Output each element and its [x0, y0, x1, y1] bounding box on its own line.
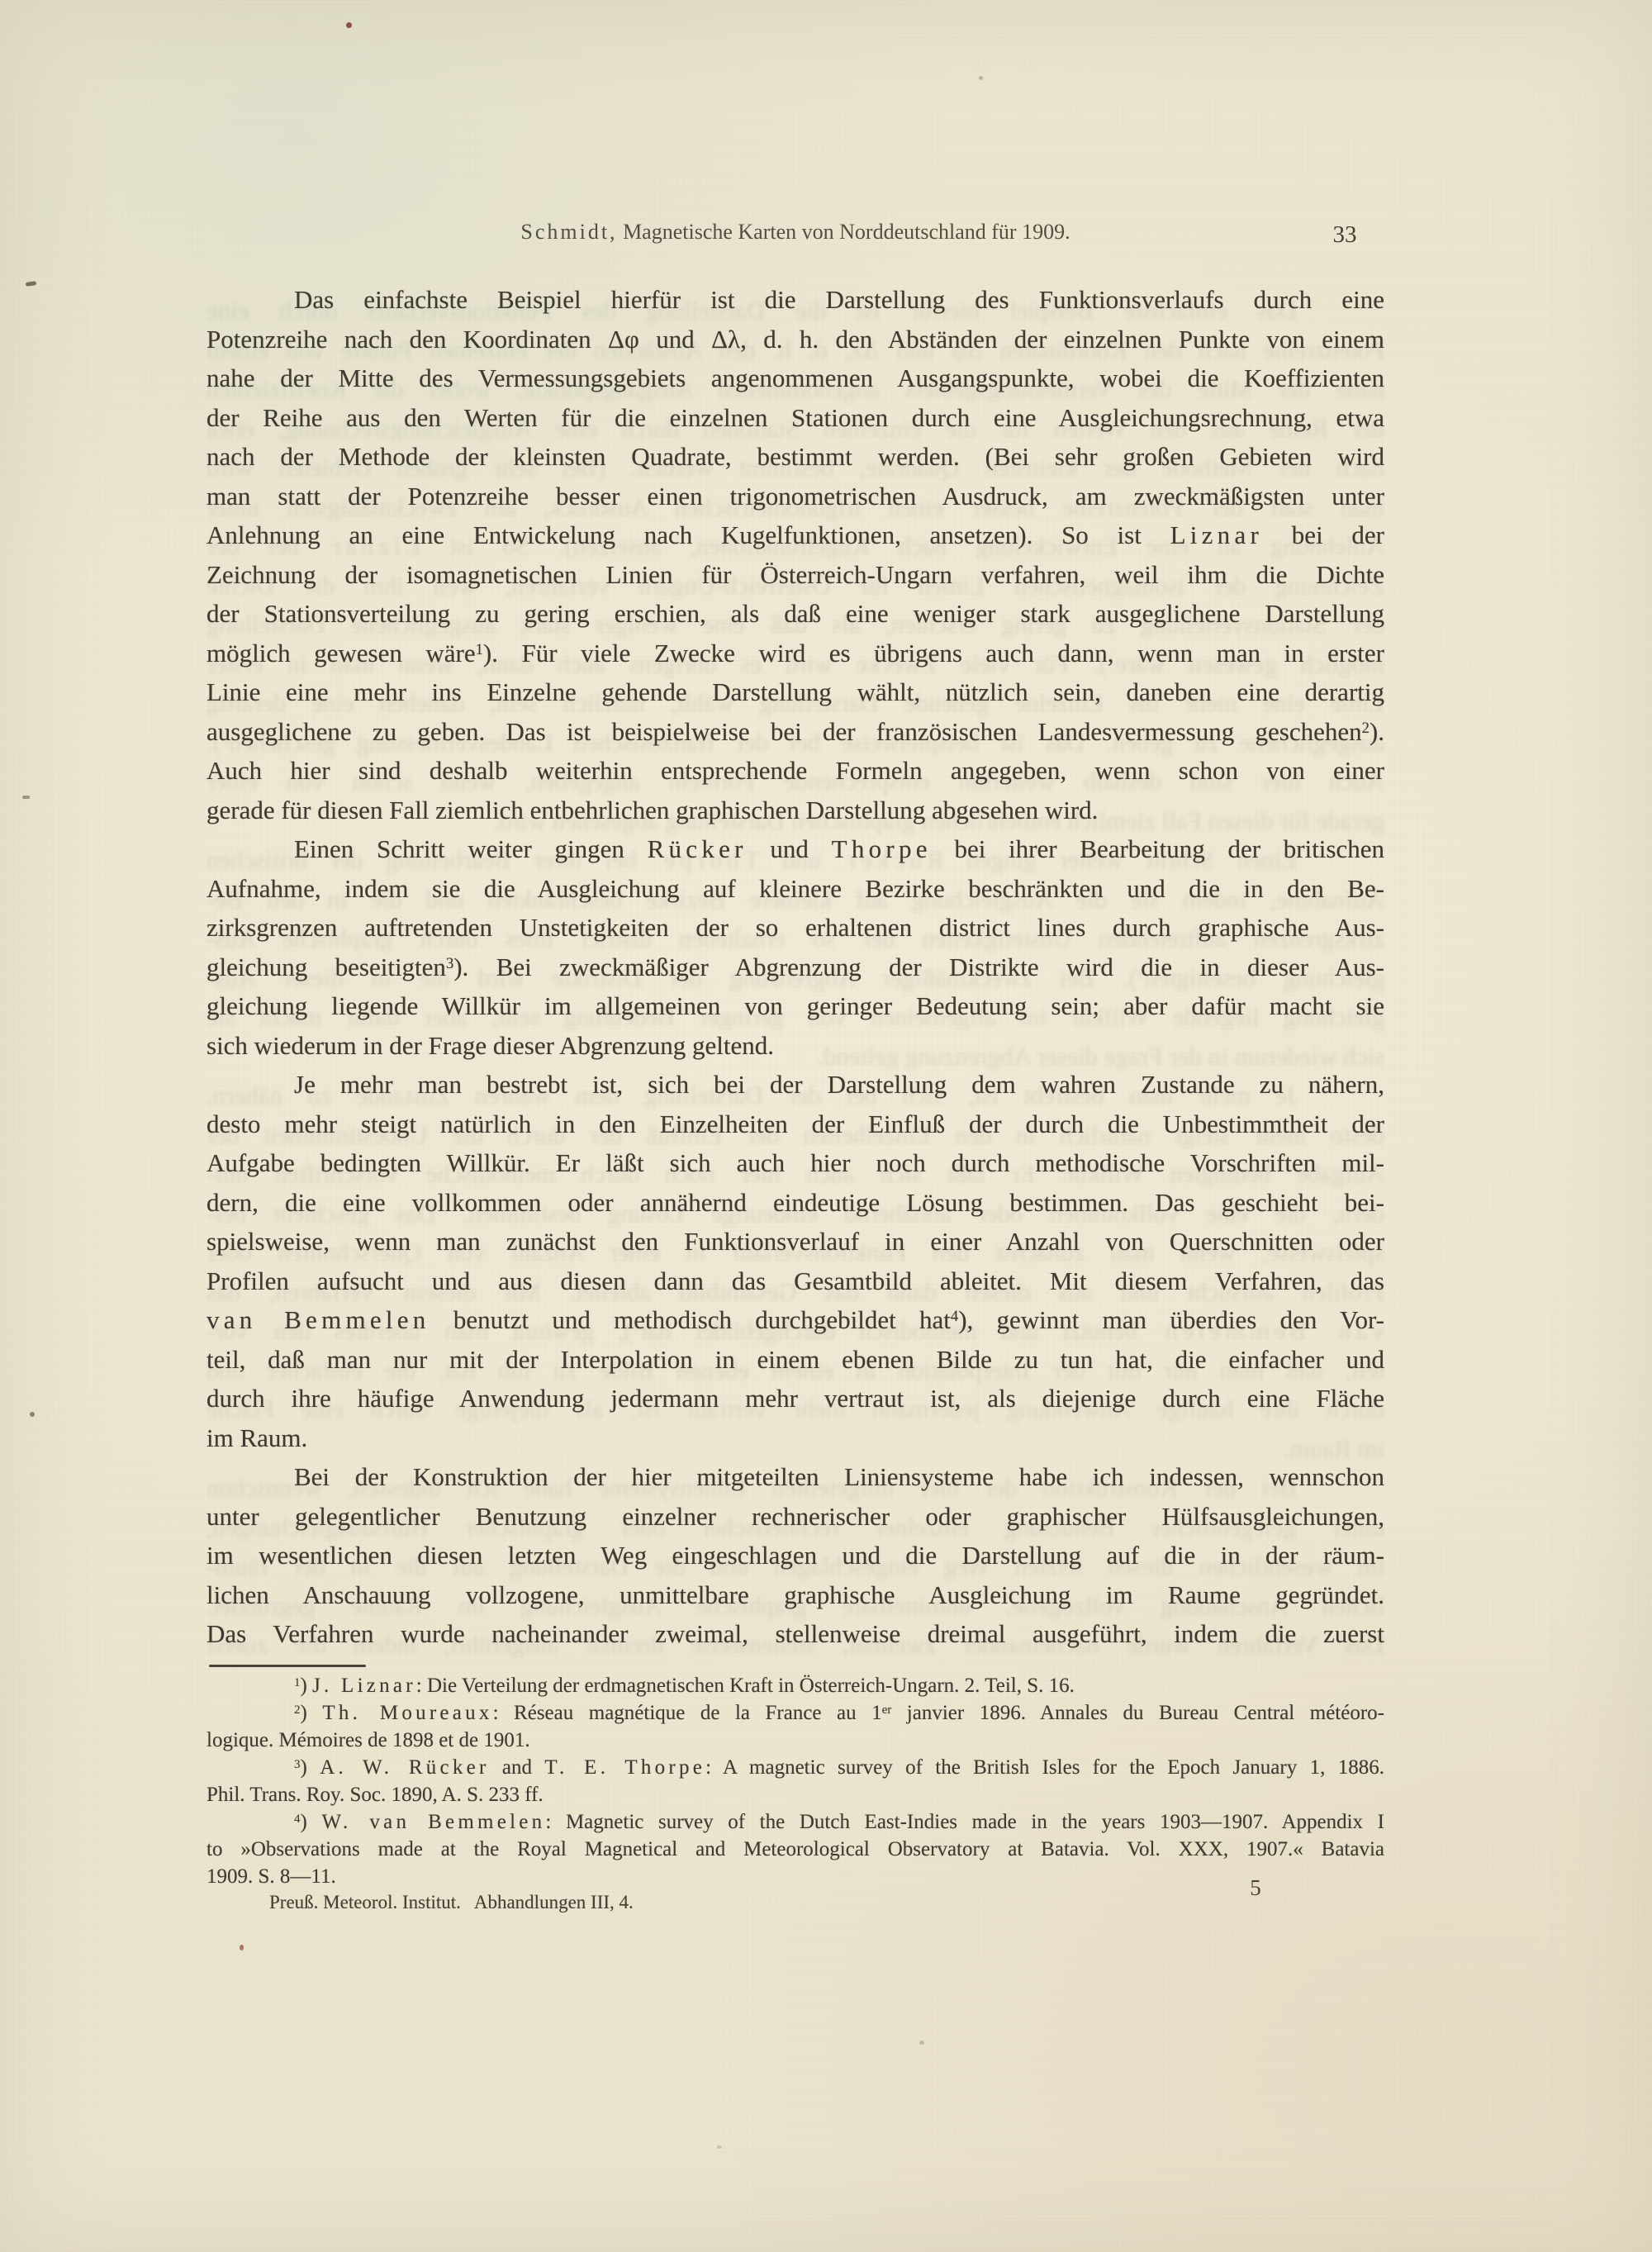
text-line: van Bemmelen benutzt und methodisch durc…	[206, 1300, 1384, 1340]
text-segment: Je mehr man bestrebt ist, sich bei der D…	[294, 1070, 1384, 1099]
footnotes: 1) J. Liznar: Die Verteilung der erdmagn…	[206, 1672, 1384, 1890]
text-segment: benutzt und methodisch durchgebildet hat	[430, 1305, 951, 1334]
text-line: Potenzreihe nach den Koordinaten Δφ und …	[206, 320, 1384, 359]
text-line: Bei der Konstruktion der hier mitgeteilt…	[206, 1457, 1384, 1497]
text-segment: : Magnetic survey of the Dutch East-Indi…	[545, 1811, 1384, 1833]
text-segment: and	[490, 1756, 545, 1779]
text-segment: 1909. S. 8—11.	[206, 1865, 336, 1888]
text-segment: bei der	[1263, 520, 1384, 549]
text-line: möglich gewesen wäre1). Für viele Zwecke…	[206, 634, 1384, 673]
text-segment: to »Observations made at the Royal Magne…	[206, 1838, 1384, 1860]
text-line: teil, daß man nur mit der Interpolation …	[206, 1340, 1384, 1380]
text-line: 1) J. Liznar: Die Verteilung der erdmagn…	[206, 1672, 1384, 1699]
text-segment: Potenzreihe nach den Koordinaten Δφ und …	[206, 325, 1384, 354]
text-segment: teil, daß man nur mit der Interpolation …	[206, 1345, 1384, 1374]
text-line: Zeichnung der isomagnetischen Linien für…	[206, 555, 1384, 595]
text-line: im Raum.	[206, 1418, 1384, 1458]
text-line: gleichung liegende Willkür im allgemeine…	[206, 986, 1384, 1026]
body-text: Das einfachste Beispiel hierfür ist die …	[206, 280, 1384, 1654]
footnote-marker: 2	[294, 1703, 301, 1717]
text-line: Aufgabe bedingten Willkür. Er läßt sich …	[206, 1143, 1384, 1183]
text-segment: nahe der Mitte des Vermessungsgebiets an…	[206, 363, 1384, 392]
footnote-marker: 4	[294, 1813, 301, 1826]
text-segment: desto mehr steigt natürlich in den Einze…	[206, 1109, 1384, 1138]
text-line: Das Verfahren wurde nacheinander zweimal…	[206, 1614, 1384, 1654]
footnote-separator	[209, 1665, 366, 1667]
text-segment: Profilen aufsucht und aus diesen dann da…	[206, 1266, 1384, 1295]
text-line: Linie eine mehr ins Einzelne gehende Dar…	[206, 672, 1384, 712]
footnote-marker: 2	[1362, 720, 1370, 737]
text-segment: logique. Mémoires de 1898 et de 1901.	[206, 1729, 530, 1751]
page-number: 33	[1318, 221, 1371, 249]
text-segment: )	[301, 1675, 313, 1697]
text-segment: Th. Moureaux	[322, 1702, 492, 1724]
text-segment: im wesentlichen diesen letzten Weg einge…	[206, 1541, 1384, 1570]
text-line: lichen Anschauung vollzogene, unmittelba…	[206, 1575, 1384, 1615]
text-line: dern, die eine vollkommen oder annähernd…	[206, 1183, 1384, 1223]
text-segment: spielsweise, wenn man zunächst den Funkt…	[206, 1227, 1384, 1256]
text-line: man statt der Potenzreihe besser einen t…	[206, 477, 1384, 516]
text-segment: : A magnetic survey of the British Isles…	[705, 1756, 1384, 1779]
text-line: 2) Th. Moureaux: Réseau magnétique de la…	[206, 1699, 1384, 1727]
text-line: desto mehr steigt natürlich in den Einze…	[206, 1105, 1384, 1144]
text-line: gleichung beseitigten3). Bei zweckmäßige…	[206, 948, 1384, 987]
text-segment: Das Verfahren wurde nacheinander zweimal…	[206, 1619, 1384, 1648]
text-line: to »Observations made at the Royal Magne…	[206, 1836, 1384, 1863]
paper-speck	[717, 2145, 722, 2149]
text-line: nahe der Mitte des Vermessungsgebiets an…	[206, 359, 1384, 398]
text-line: der Reihe aus den Werten für die einzeln…	[206, 398, 1384, 438]
text-line: gerade für diesen Fall ziemlich entbehrl…	[206, 791, 1384, 830]
text-line: durch ihre häufige Anwendung jedermann m…	[206, 1379, 1384, 1418]
text-line: Das einfachste Beispiel hierfür ist die …	[206, 280, 1384, 320]
text-segment: ), gewinnt man überdies den Vor-	[958, 1305, 1384, 1334]
paper-speck	[919, 2041, 924, 2045]
text-line: Phil. Trans. Roy. Soc. 1890, A. S. 233 f…	[206, 1781, 1384, 1808]
paper-speck	[240, 1945, 244, 1950]
paper-speck	[979, 76, 983, 80]
text-segment: Anlehnung an eine Entwickelung nach Kuge…	[206, 520, 1170, 549]
text-segment: A. W. Rücker	[320, 1756, 489, 1779]
text-segment: )	[301, 1756, 320, 1779]
text-segment: Bei der Konstruktion der hier mitgeteilt…	[294, 1462, 1384, 1491]
text-line: Auch hier sind deshalb weiterhin entspre…	[206, 751, 1384, 791]
text-line: unter gelegentlicher Benutzung einzelner…	[206, 1497, 1384, 1537]
text-line: Aufnahme, indem sie die Ausgleichung auf…	[206, 869, 1384, 909]
paper-speck	[346, 22, 352, 28]
text-line: zirksgrenzen auftretenden Unstetigkeiten…	[206, 908, 1384, 948]
text-segment: im Raum.	[206, 1423, 307, 1452]
text-segment: und	[748, 834, 832, 863]
text-line: der Stationsverteilung zu gering erschie…	[206, 594, 1384, 634]
running-header: Schmidt, Magnetische Karten von Norddeut…	[206, 220, 1384, 254]
text-segment: Aufgabe bedingten Willkür. Er läßt sich …	[206, 1148, 1384, 1177]
text-segment: janvier 1896. Annales du Bureau Central …	[891, 1702, 1384, 1724]
text-segment: Phil. Trans. Roy. Soc. 1890, A. S. 233 f…	[206, 1784, 544, 1806]
text-segment: Zeichnung der isomagnetischen Linien für…	[206, 560, 1384, 589]
footnote-marker: 3	[294, 1758, 301, 1771]
paper-speck	[22, 796, 30, 799]
text-segment: bei ihrer Bearbeitung der britischen	[932, 834, 1384, 863]
running-header-title: Magnetische Karten von Norddeutschland f…	[618, 220, 1070, 244]
text-segment: W. van Bemmelen	[321, 1811, 545, 1833]
text-segment: gerade für diesen Fall ziemlich entbehrl…	[206, 796, 1098, 824]
footnote-marker: 1	[476, 641, 483, 658]
text-segment: gleichung beseitigten	[206, 953, 446, 981]
footnote-marker: 1	[294, 1676, 301, 1689]
text-segment: nach der Methode der kleinsten Quadrate,…	[206, 442, 1384, 471]
text-segment: J. Liznar	[312, 1675, 416, 1697]
footnote-marker: er	[882, 1703, 892, 1717]
text-segment: dern, die eine vollkommen oder annähernd…	[206, 1188, 1384, 1217]
text-segment: Auch hier sind deshalb weiterhin entspre…	[206, 756, 1384, 785]
text-line: 1909. S. 8—11.	[206, 1863, 1384, 1890]
text-line: spielsweise, wenn man zunächst den Funkt…	[206, 1222, 1384, 1261]
text-segment: durch ihre häufige Anwendung jedermann m…	[206, 1384, 1384, 1413]
running-header-author: Schmidt,	[520, 220, 617, 244]
text-line: Einen Schritt weiter gingen Rücker und T…	[206, 829, 1384, 869]
text-segment: ). Bei zweckmäßiger Abgrenzung der Distr…	[453, 953, 1384, 981]
text-line: im wesentlichen diesen letzten Weg einge…	[206, 1536, 1384, 1575]
footnote-marker: 4	[951, 1308, 958, 1325]
text-segment: : Réseau magnétique de la France au 1	[493, 1702, 882, 1724]
text-line: Anlehnung an eine Entwickelung nach Kuge…	[206, 515, 1384, 555]
text-segment: ausgeglichene zu geben. Das ist beispiel…	[206, 717, 1362, 746]
text-segment: gleichung liegende Willkür im allgemeine…	[206, 991, 1384, 1020]
text-segment: möglich gewesen wäre	[206, 639, 476, 668]
scanned-page: Das einfachste Beispiel hierfür ist die …	[0, 0, 1652, 2252]
text-segment: ). Für viele Zwecke wird es übrigens auc…	[483, 639, 1384, 668]
text-segment: Einen Schritt weiter gingen	[294, 834, 648, 863]
text-segment: )	[301, 1702, 323, 1724]
text-segment: lichen Anschauung vollzogene, unmittelba…	[206, 1580, 1384, 1609]
text-segment: der Stationsverteilung zu gering erschie…	[206, 599, 1384, 628]
text-line: Je mehr man bestrebt ist, sich bei der D…	[206, 1065, 1384, 1105]
text-line: nach der Methode der kleinsten Quadrate,…	[206, 437, 1384, 477]
text-segment: Aufnahme, indem sie die Ausgleichung auf…	[206, 874, 1384, 903]
footnote-marker: 3	[446, 955, 453, 972]
text-segment: der Reihe aus den Werten für die einzeln…	[206, 403, 1384, 432]
text-line: 4) W. van Bemmelen: Magnetic survey of t…	[206, 1808, 1384, 1836]
text-segment: )	[301, 1811, 322, 1833]
text-segment: Das einfachste Beispiel hierfür ist die …	[294, 285, 1384, 314]
text-segment: Linie eine mehr ins Einzelne gehende Dar…	[206, 677, 1384, 706]
paper-speck	[26, 281, 37, 287]
imprint: Preuß. Meteorol. Institut. Abhandlungen …	[269, 1892, 634, 1913]
text-segment: Thorpe	[832, 834, 932, 863]
text-segment: van Bemmelen	[206, 1305, 430, 1334]
text-segment: Liznar	[1170, 520, 1264, 549]
text-segment: man statt der Potenzreihe besser einen t…	[206, 482, 1384, 511]
text-line: ausgeglichene zu geben. Das ist beispiel…	[206, 712, 1384, 752]
text-segment: Rücker	[648, 834, 748, 863]
text-segment: unter gelegentlicher Benutzung einzelner…	[206, 1502, 1384, 1531]
text-line: 3) A. W. Rücker and T. E. Thorpe: A magn…	[206, 1754, 1384, 1781]
text-line: logique. Mémoires de 1898 et de 1901.	[206, 1727, 1384, 1754]
text-segment: ).	[1370, 717, 1384, 746]
text-segment: T. E. Thorpe	[544, 1756, 705, 1779]
text-line: sich wiederum in der Frage dieser Abgren…	[206, 1026, 1384, 1066]
text-line: Profilen aufsucht und aus diesen dann da…	[206, 1261, 1384, 1301]
paper-speck	[30, 1412, 35, 1417]
text-segment: zirksgrenzen auftretenden Unstetigkeiten…	[206, 913, 1384, 942]
sheet-number: 5	[1237, 1875, 1274, 1901]
text-segment: : Die Verteilung der erdmagnetischen Kra…	[416, 1675, 1075, 1697]
text-segment: sich wiederum in der Frage dieser Abgren…	[206, 1031, 774, 1060]
